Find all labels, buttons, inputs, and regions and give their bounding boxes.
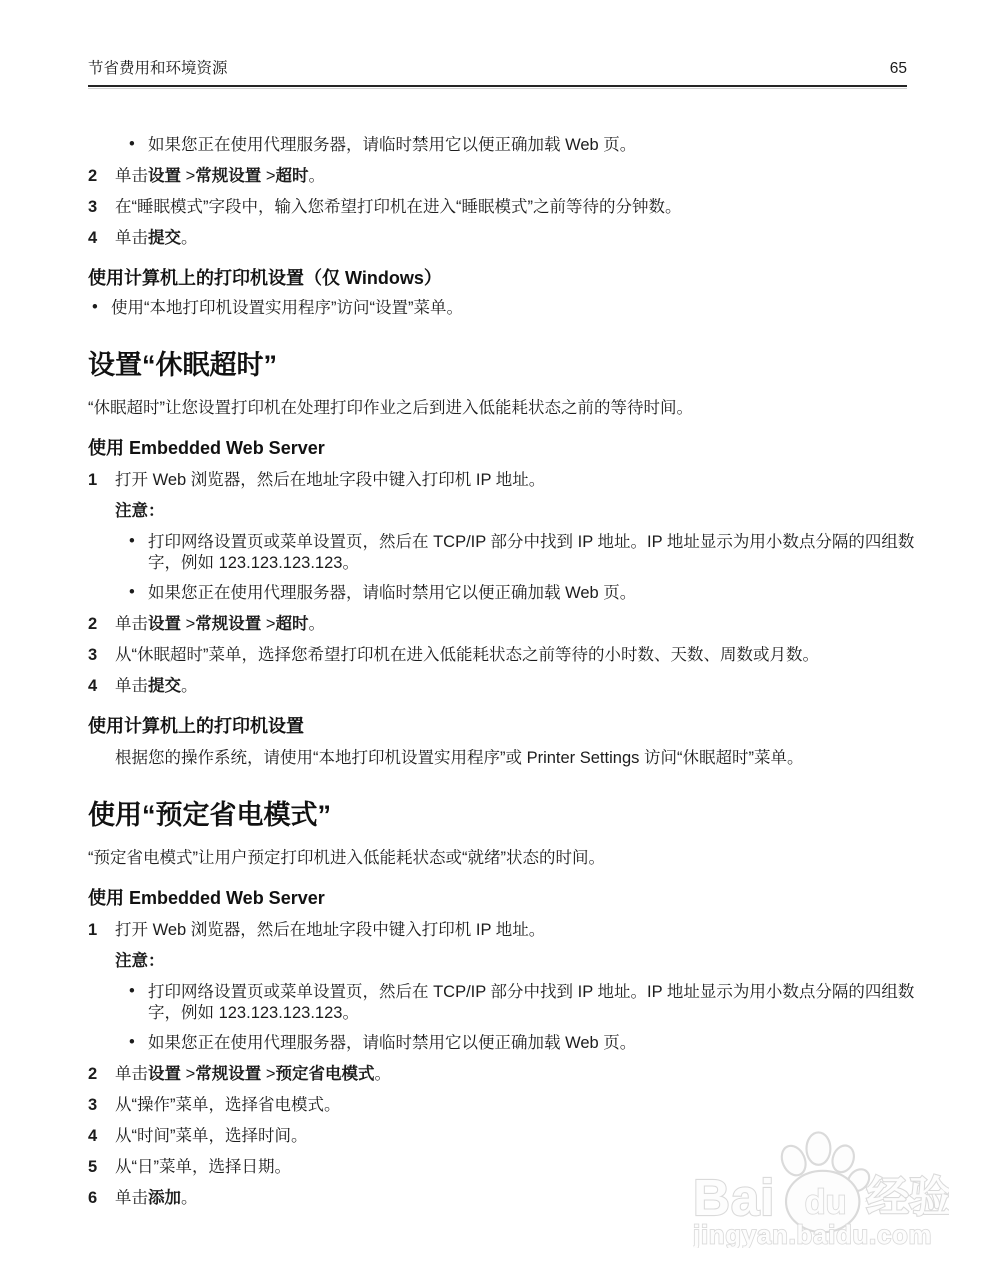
heading1: 设置“休眠超时” bbox=[88, 349, 918, 382]
heading3: 使用计算机上的打印机设置 bbox=[88, 715, 918, 738]
para: “休眠超时”让您设置打印机在处理打印作业之后到进入低能耗状态之前的等待时间。 bbox=[88, 398, 918, 419]
step: 2单击设置 >常规设置 >预定省电模式。 bbox=[88, 1064, 918, 1085]
step-text: 单击设置 >常规设置 >超时。 bbox=[115, 167, 325, 185]
para-indent: 根据您的操作系统，请使用“本地打印机设置实用程序”或 Printer Setti… bbox=[88, 748, 918, 769]
step: 3在“睡眠模式”字段中，输入您希望打印机在进入“睡眠模式”之前等待的分钟数。 bbox=[88, 197, 918, 218]
heading3: 使用 Embedded Web Server bbox=[88, 887, 918, 910]
bullet-note-text: 如果您正在使用代理服务器，请临时禁用它以便正确加载 Web 页。 bbox=[148, 1034, 636, 1052]
watermark-text-bai: Bai bbox=[693, 1169, 775, 1226]
para: “预定省电模式”让用户预定打印机进入低能耗状态或“就绪”状态的时间。 bbox=[88, 848, 918, 869]
step-text: 单击添加。 bbox=[115, 1189, 198, 1207]
step-text: 打开 Web 浏览器，然后在地址字段中键入打印机 IP 地址。 bbox=[115, 921, 545, 939]
bullet-note-text: 如果您正在使用代理服务器，请临时禁用它以便正确加载 Web 页。 bbox=[148, 584, 636, 602]
step-text: 在“睡眠模式”字段中，输入您希望打印机在进入“睡眠模式”之前等待的分钟数。 bbox=[115, 198, 681, 216]
step: 1打开 Web 浏览器，然后在地址字段中键入打印机 IP 地址。 bbox=[88, 470, 918, 491]
para-text: “休眠超时”让您设置打印机在处理打印作业之后到进入低能耗状态之前的等待时间。 bbox=[88, 399, 693, 417]
step-number: 2 bbox=[88, 614, 97, 635]
bullet-icon: • bbox=[129, 134, 135, 155]
step-text: 从“日”菜单，选择日期。 bbox=[115, 1158, 291, 1176]
bullet-note: •如果您正在使用代理服务器，请临时禁用它以便正确加载 Web 页。 bbox=[88, 583, 918, 604]
bullet-note: •打印网络设置页或菜单设置页，然后在 TCP/IP 部分中找到 IP 地址。IP… bbox=[88, 532, 918, 574]
step-number: 5 bbox=[88, 1157, 97, 1178]
page-header: 节省费用和环境资源 65 bbox=[88, 56, 907, 87]
step-number: 4 bbox=[88, 676, 97, 697]
step-number: 4 bbox=[88, 1126, 97, 1147]
heading3-text: 使用 Embedded Web Server bbox=[88, 438, 325, 458]
step-number: 1 bbox=[88, 470, 97, 491]
heading1: 使用“预定省电模式” bbox=[88, 799, 918, 832]
step: 4单击提交。 bbox=[88, 676, 918, 697]
manual-page: 节省费用和环境资源 65 •如果您正在使用代理服务器，请临时禁用它以便正确加载 … bbox=[0, 0, 989, 1280]
step-number: 2 bbox=[88, 166, 97, 187]
step-number: 6 bbox=[88, 1188, 97, 1209]
note-label-text: 注意： bbox=[115, 952, 165, 970]
step: 4单击提交。 bbox=[88, 228, 918, 249]
watermark-text-jingyan: 经验 bbox=[866, 1174, 949, 1222]
heading3: 使用 Embedded Web Server bbox=[88, 437, 918, 460]
baidu-logo-icon: Bai du 经验 jingyan.baidu.com bbox=[693, 1126, 949, 1248]
note-label-text: 注意： bbox=[115, 502, 165, 520]
heading1-text: 设置“休眠超时” bbox=[88, 350, 277, 380]
baidu-jingyan-watermark: Bai du 经验 jingyan.baidu.com bbox=[693, 1126, 949, 1248]
heading3-text: 使用计算机上的打印机设置（仅 Windows） bbox=[88, 268, 442, 288]
step-number: 3 bbox=[88, 197, 97, 218]
bullet-note: •如果您正在使用代理服务器，请临时禁用它以便正确加载 Web 页。 bbox=[88, 135, 918, 156]
note-label: 注意： bbox=[88, 501, 918, 522]
note-label: 注意： bbox=[88, 951, 918, 972]
bullet-icon: • bbox=[92, 297, 98, 318]
bullet-top: •使用“本地打印机设置实用程序”访问“设置”菜单。 bbox=[88, 298, 918, 319]
heading3-text: 使用 Embedded Web Server bbox=[88, 888, 325, 908]
bullet-note: •打印网络设置页或菜单设置页，然后在 TCP/IP 部分中找到 IP 地址。IP… bbox=[88, 982, 918, 1024]
step-text: 从“休眠超时”菜单，选择您希望打印机在进入低能耗状态之前等待的小时数、天数、周数… bbox=[115, 646, 819, 664]
watermark-text-du: du bbox=[805, 1183, 847, 1221]
bullet-note-text: 打印网络设置页或菜单设置页，然后在 TCP/IP 部分中找到 IP 地址。IP … bbox=[148, 533, 914, 572]
bullet-note-text: 打印网络设置页或菜单设置页，然后在 TCP/IP 部分中找到 IP 地址。IP … bbox=[148, 983, 914, 1022]
bullet-icon: • bbox=[129, 582, 135, 603]
step: 1打开 Web 浏览器，然后在地址字段中键入打印机 IP 地址。 bbox=[88, 920, 918, 941]
step-text: 从“操作”菜单，选择省电模式。 bbox=[115, 1096, 341, 1114]
step-number: 2 bbox=[88, 1064, 97, 1085]
para-indent-text: 根据您的操作系统，请使用“本地打印机设置实用程序”或 Printer Setti… bbox=[115, 749, 803, 767]
step-text: 单击提交。 bbox=[115, 229, 198, 247]
step-text: 单击设置 >常规设置 >预定省电模式。 bbox=[115, 1065, 391, 1083]
step-number: 3 bbox=[88, 645, 97, 666]
bullet-icon: • bbox=[129, 981, 135, 1002]
step-text: 单击提交。 bbox=[115, 677, 198, 695]
bullet-note: •如果您正在使用代理服务器，请临时禁用它以便正确加载 Web 页。 bbox=[88, 1033, 918, 1054]
document-body: •如果您正在使用代理服务器，请临时禁用它以便正确加载 Web 页。2单击设置 >… bbox=[88, 126, 918, 1219]
page-number: 65 bbox=[890, 60, 907, 78]
step: 3从“操作”菜单，选择省电模式。 bbox=[88, 1095, 918, 1116]
bullet-top-text: 使用“本地打印机设置实用程序”访问“设置”菜单。 bbox=[111, 299, 463, 317]
step: 2单击设置 >常规设置 >超时。 bbox=[88, 614, 918, 635]
heading3: 使用计算机上的打印机设置（仅 Windows） bbox=[88, 267, 918, 290]
bullet-note-text: 如果您正在使用代理服务器，请临时禁用它以便正确加载 Web 页。 bbox=[148, 136, 636, 154]
bullet-icon: • bbox=[129, 1032, 135, 1053]
para-text: “预定省电模式”让用户预定打印机进入低能耗状态或“就绪”状态的时间。 bbox=[88, 849, 605, 867]
step-text: 单击设置 >常规设置 >超时。 bbox=[115, 615, 325, 633]
bullet-icon: • bbox=[129, 531, 135, 552]
heading3-text: 使用计算机上的打印机设置 bbox=[88, 716, 304, 736]
step-number: 1 bbox=[88, 920, 97, 941]
step: 3从“休眠超时”菜单，选择您希望打印机在进入低能耗状态之前等待的小时数、天数、周… bbox=[88, 645, 918, 666]
step-text: 从“时间”菜单，选择时间。 bbox=[115, 1127, 308, 1145]
header-title: 节省费用和环境资源 bbox=[88, 56, 228, 78]
watermark-url: jingyan.baidu.com bbox=[693, 1221, 932, 1248]
step-text: 打开 Web 浏览器，然后在地址字段中键入打印机 IP 地址。 bbox=[115, 471, 545, 489]
heading1-text: 使用“预定省电模式” bbox=[88, 800, 331, 830]
step-number: 4 bbox=[88, 228, 97, 249]
step: 2单击设置 >常规设置 >超时。 bbox=[88, 166, 918, 187]
step-number: 3 bbox=[88, 1095, 97, 1116]
